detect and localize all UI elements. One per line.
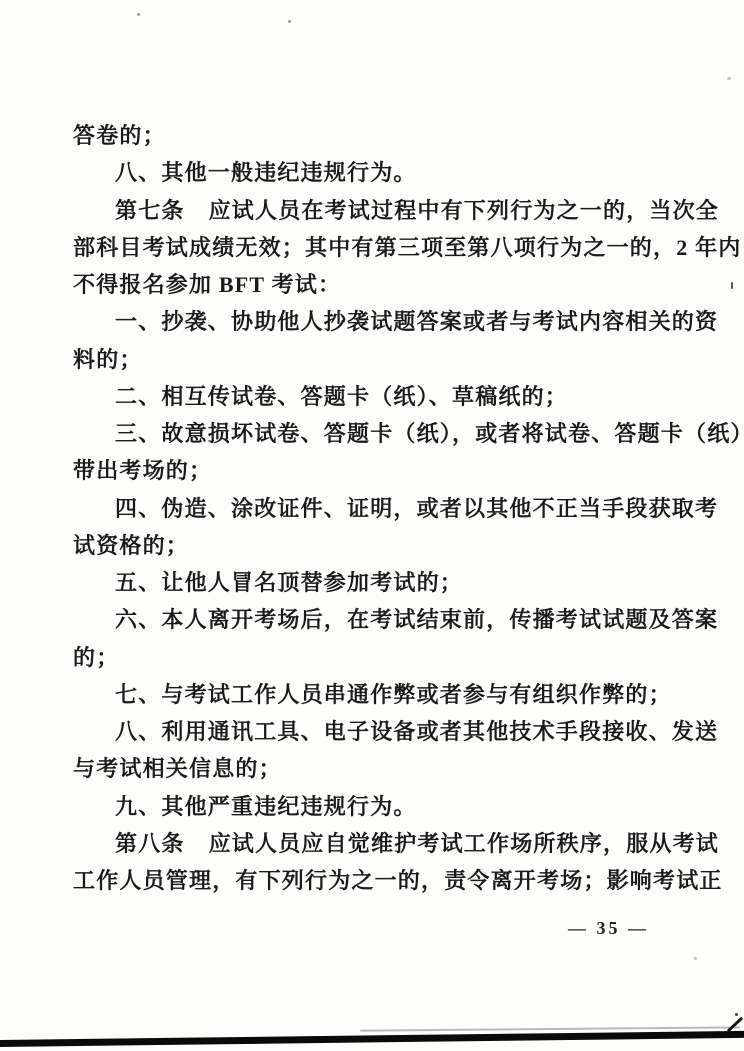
line-text: 八、其他一般违纪违规行为。 [115, 160, 417, 185]
line-text: 八、利用通讯工具、电子设备或者其他技术手段接收、发送 [115, 719, 718, 744]
text-line: 三、故意损坏试卷、答题卡（纸），或者将试卷、答题卡（纸） [73, 415, 673, 452]
text-block: 答卷的；八、其他一般违纪违规行为。第七条应试人员在考试过程中有下列行为之一的，当… [73, 117, 673, 899]
line-text: 七、与考试工作人员串通作弊或者参与有组织作弊的； [115, 682, 672, 707]
scan-edge-bottom [0, 1031, 744, 1047]
text-line: 七、与考试工作人员串通作弊或者参与有组织作弊的； [73, 676, 673, 713]
text-line: 八、利用通讯工具、电子设备或者其他技术手段接收、发送 [73, 713, 673, 750]
line-text: 的； [73, 645, 119, 670]
article-number: 第八条 [115, 831, 185, 856]
text-line: 工作人员管理，有下列行为之一的，责令离开考场；影响考试正 [73, 862, 673, 899]
line-text: 应试人员应自觉维护考试工作场所秩序，服从考试 [209, 831, 719, 856]
text-line: 不得报名参加 BFT 考试： [73, 266, 673, 303]
scan-speck [727, 77, 731, 80]
line-text: 试资格的； [73, 533, 189, 558]
line-text: 一、抄袭、协助他人抄袭试题答案或者与考试内容相关的资 [115, 309, 718, 334]
text-line: 的； [73, 639, 673, 676]
page-number: — 35 — [568, 918, 649, 939]
scan-speck [694, 957, 697, 960]
line-text: 部科目考试成绩无效；其中有第三项至第八项行为之一的，2 年内 [73, 235, 742, 260]
text-line: 九、其他严重违纪违规行为。 [73, 788, 673, 825]
text-line: 带出考场的； [73, 452, 673, 489]
text-line: 部科目考试成绩无效；其中有第三项至第八项行为之一的，2 年内 [73, 229, 673, 266]
scanned-page: 答卷的；八、其他一般违纪违规行为。第七条应试人员在考试过程中有下列行为之一的，当… [0, 0, 744, 1051]
line-text: 工作人员管理，有下列行为之一的，责令离开考场；影响考试正 [73, 868, 723, 893]
line-text: 与考试相关信息的； [73, 756, 282, 781]
text-line: 六、本人离开考场后，在考试结束前，传播考试试题及答案 [73, 601, 673, 638]
scan-speck [288, 20, 291, 23]
text-line: 五、让他人冒名顶替参加考试的； [73, 564, 673, 601]
line-text: 三、故意损坏试卷、答题卡（纸），或者将试卷、答题卡（纸） [115, 421, 744, 446]
text-line: 答卷的； [73, 117, 673, 154]
line-text: 料的； [73, 347, 143, 372]
scan-speck [735, 1013, 738, 1016]
article-number: 第七条 [115, 198, 185, 223]
line-text: 答卷的； [73, 123, 166, 148]
line-text: 五、让他人冒名顶替参加考试的； [115, 570, 463, 595]
line-text: 六、本人离开考场后，在考试结束前，传播考试试题及答案 [115, 607, 718, 632]
text-line: 与考试相关信息的； [73, 750, 673, 787]
line-text: 九、其他严重违纪违规行为。 [115, 794, 417, 819]
text-line: 四、伪造、涂改证件、证明，或者以其他不正当手段获取考 [73, 490, 673, 527]
line-text: 四、伪造、涂改证件、证明，或者以其他不正当手段获取考 [115, 496, 718, 521]
text-line: 一、抄袭、协助他人抄袭试题答案或者与考试内容相关的资 [73, 303, 673, 340]
text-line: 第七条应试人员在考试过程中有下列行为之一的，当次全 [73, 192, 673, 229]
text-line: 试资格的； [73, 527, 673, 564]
line-text: 不得报名参加 BFT 考试： [73, 272, 341, 297]
line-text: 带出考场的； [73, 458, 212, 483]
text-line: 八、其他一般违纪违规行为。 [73, 154, 673, 191]
scan-speck [137, 13, 140, 16]
text-line: 二、相互传试卷、答题卡（纸）、草稿纸的； [73, 378, 673, 415]
line-text: 二、相互传试卷、答题卡（纸）、草稿纸的； [115, 384, 568, 409]
scan-speck [731, 282, 733, 289]
text-line: 料的； [73, 341, 673, 378]
text-line: 第八条应试人员应自觉维护考试工作场所秩序，服从考试 [73, 825, 673, 862]
line-text: 应试人员在考试过程中有下列行为之一的，当次全 [209, 198, 719, 223]
